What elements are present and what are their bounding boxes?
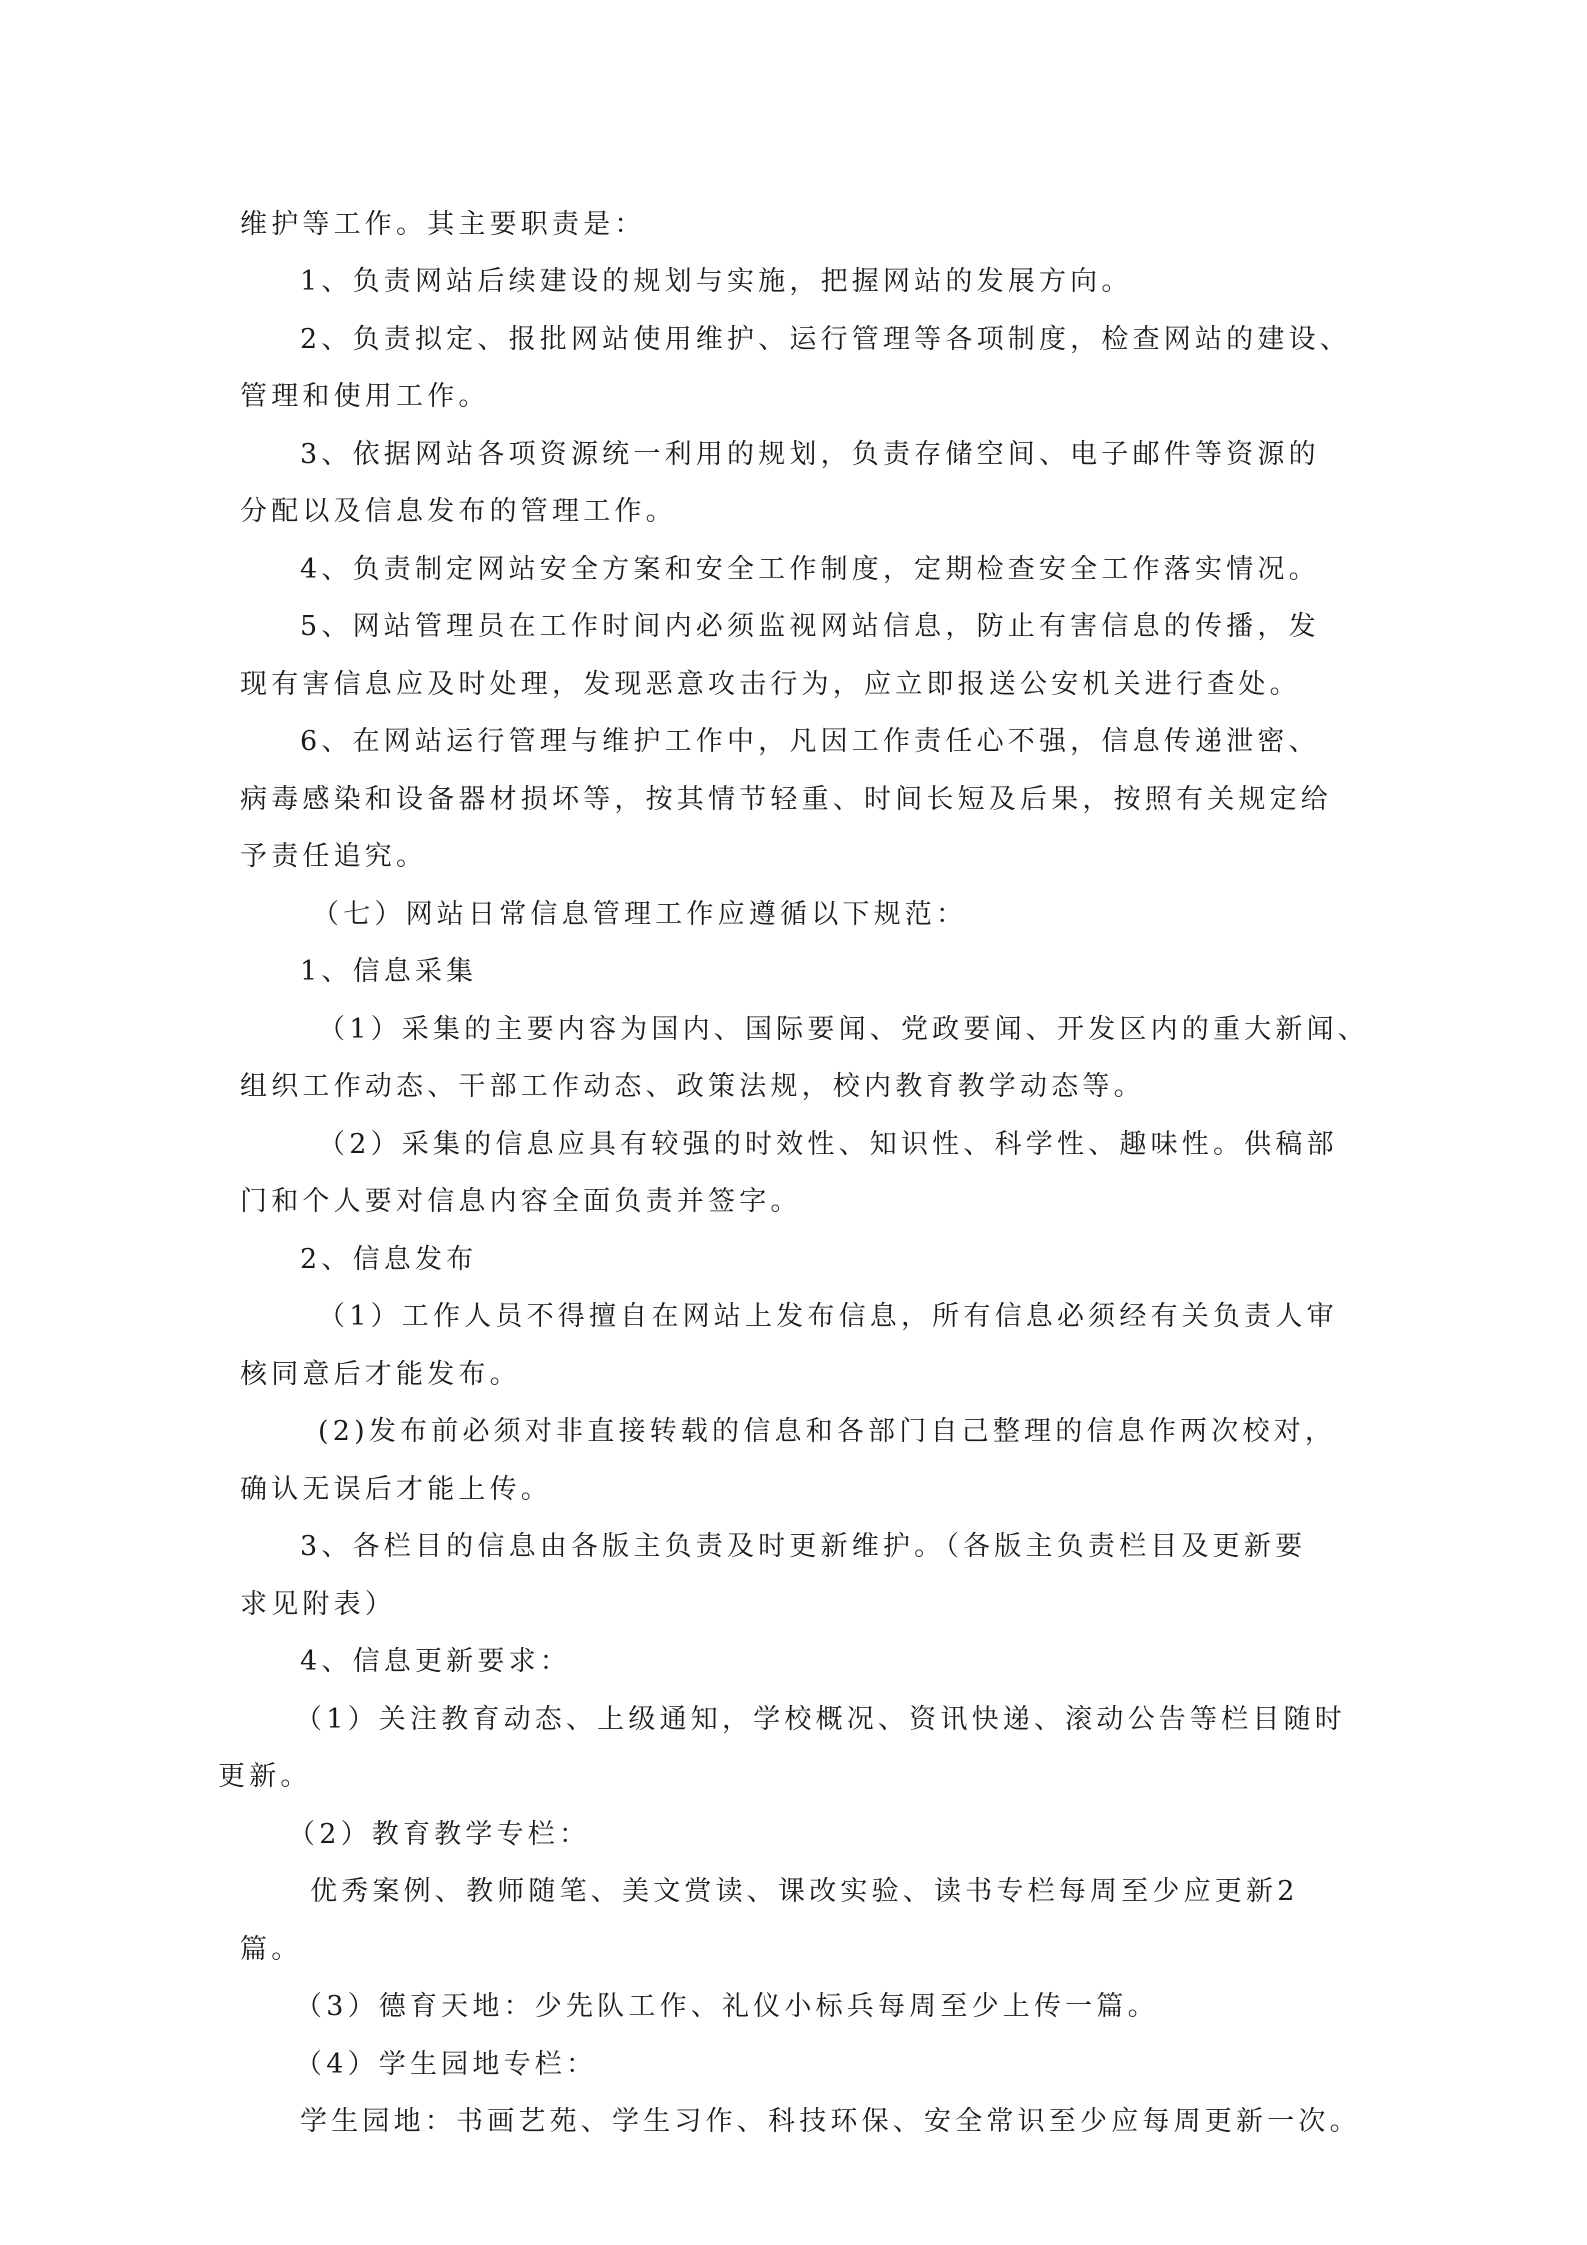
text-line: 4、负责制定网站安全方案和安全工作制度，定期检查安全工作落实情况。 [300,550,1320,590]
text-line: 管理和使用工作。 [240,377,490,417]
text-line: 分配以及信息发布的管理工作。 [240,492,677,532]
text-line: 5、网站管理员在工作时间内必须监视网站信息，防止有害信息的传播，发 [300,607,1320,647]
text-line: 2、负责拟定、报批网站使用维护、运行管理等各项制度，检查网站的建设、 [300,320,1351,360]
text-line: 病毒感染和设备器材损坏等，按其情节轻重、时间长短及后果，按照有关规定给 [240,780,1332,820]
text-line: (2)发布前必须对非直接转载的信息和各部门自己整理的信息作两次校对， [318,1412,1336,1452]
text-line: （1）工作人员不得擅自在网站上发布信息，所有信息必须经有关负责人审 [318,1297,1338,1337]
text-line: 3、各栏目的信息由各版主负责及时更新维护。（各版主负责栏目及更新要 [300,1527,1306,1567]
text-line: 1、信息采集 [300,952,477,992]
text-line: 求见附表） [240,1585,396,1625]
text-line: 维护等工作。其主要职责是： [240,205,646,245]
text-line: 2、信息发布 [300,1240,477,1280]
text-line: 更新。 [218,1757,312,1797]
text-line: （2）教育教学专栏： [288,1815,590,1855]
text-line: 优秀案例、教师随笔、美文赏读、课改实验、读书专栏每周至少应更新2 [310,1872,1299,1912]
text-line: 4、信息更新要求： [300,1642,571,1682]
text-line: （3）德育天地：少先队工作、礼仪小标兵每周至少上传一篇。 [295,1987,1159,2027]
text-line: 3、依据网站各项资源统一利用的规划，负责存储空间、电子邮件等资源的 [300,435,1320,475]
text-line: （1）关注教育动态、上级通知，学校概况、资讯快递、滚动公告等栏目随时 [295,1700,1346,1740]
document-page: 维护等工作。其主要职责是：1、负责网站后续建设的规划与实施，把握网站的发展方向。… [0,0,1587,2245]
text-line: 核同意后才能发布。 [240,1355,521,1395]
text-line: 组织工作动态、干部工作动态、政策法规，校内教育教学动态等。 [240,1067,1145,1107]
text-line: 予责任追究。 [240,837,427,877]
text-line: 学生园地：书画艺苑、学生习作、科技环保、安全常识至少应每周更新一次。 [300,2102,1361,2142]
text-line: （七）网站日常信息管理工作应遵循以下规范： [312,895,967,935]
text-line: 门和个人要对信息内容全面负责并签字。 [240,1182,802,1222]
text-line: 篇。 [240,1930,302,1970]
text-line: 6、在网站运行管理与维护工作中，凡因工作责任心不强，信息传递泄密、 [300,722,1320,762]
text-line: （2）采集的信息应具有较强的时效性、知识性、科学性、趣味性。供稿部 [318,1125,1338,1165]
text-line: 1、负责网站后续建设的规划与实施，把握网站的发展方向。 [300,262,1133,302]
text-line: 确认无误后才能上传。 [240,1470,552,1510]
text-line: （4）学生园地专栏： [295,2045,597,2085]
text-line: （1）采集的主要内容为国内、国际要闻、党政要闻、开发区内的重大新闻、 [318,1010,1369,1050]
text-line: 现有害信息应及时处理，发现恶意攻击行为，应立即报送公安机关进行查处。 [240,665,1301,705]
